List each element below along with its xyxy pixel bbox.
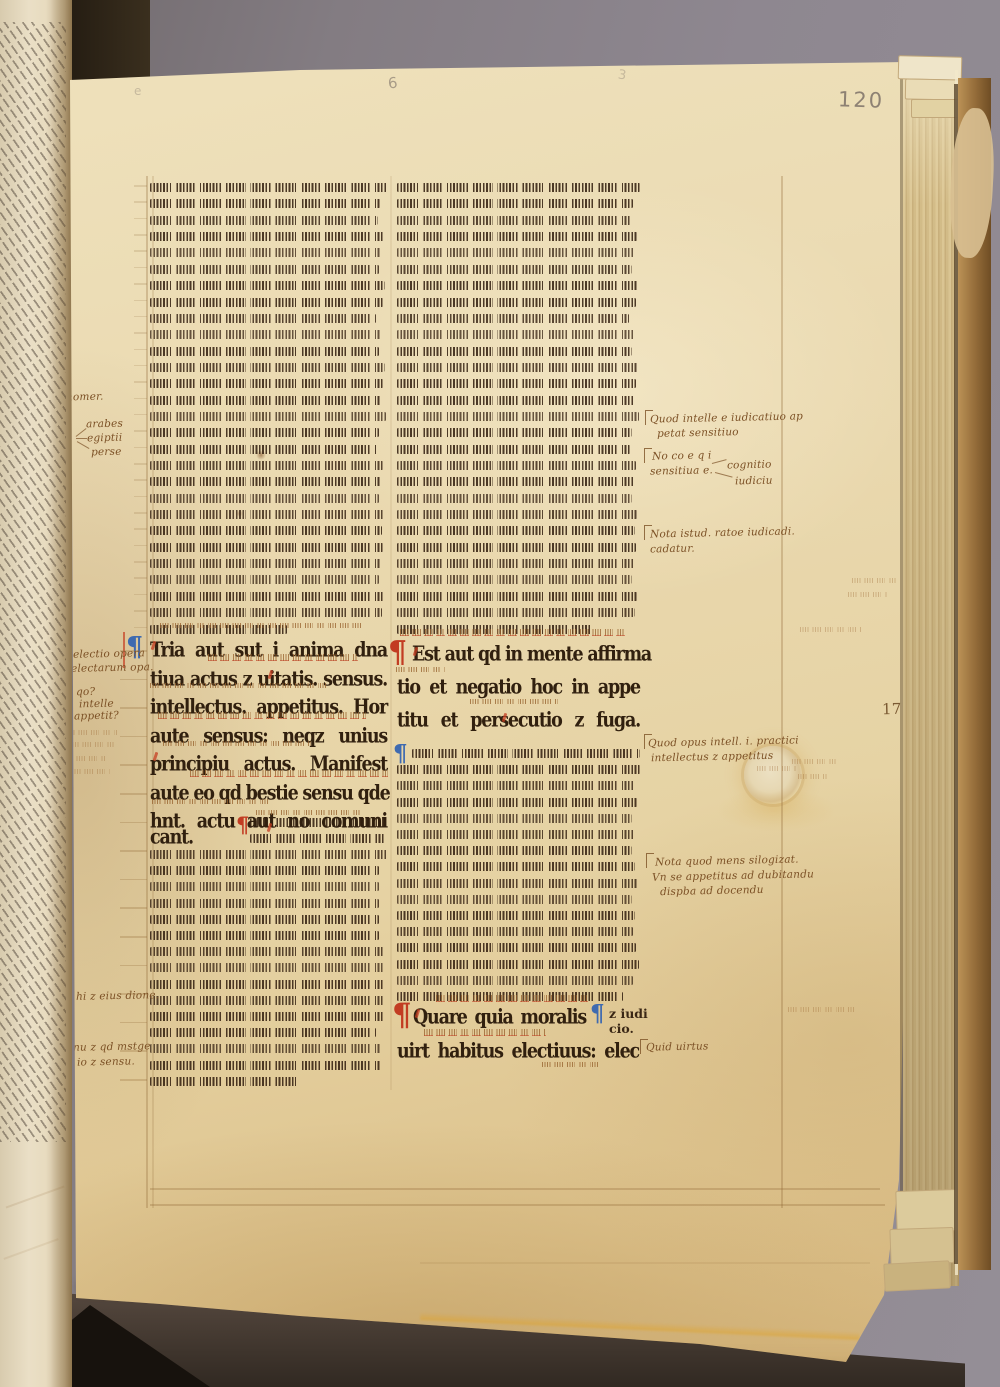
left-column-commentary-bottom (150, 816, 387, 1096)
script-line (397, 330, 634, 339)
script-line (397, 510, 637, 519)
script-line (397, 592, 637, 601)
margin-note: Nota istud. ratoe iudicadi. (650, 525, 795, 540)
ruling-tick (134, 577, 147, 579)
script-line (397, 960, 639, 969)
gloss-scribble (848, 592, 888, 597)
gloss-scribble (792, 759, 838, 764)
lemma-text-line: cant. (150, 824, 242, 852)
margin-note: dispba ad docendu (660, 884, 764, 898)
ruling-tick (134, 479, 147, 481)
margin-note: arabes (86, 418, 123, 431)
ruling-tick (134, 512, 147, 514)
gloss-scribble (400, 629, 628, 636)
script-line (150, 248, 381, 257)
ruling-tick (120, 1050, 147, 1052)
ruling-line (781, 176, 783, 1208)
margin-note: Vn se appetitus ad dubitandu (652, 868, 814, 883)
script-line (150, 330, 381, 339)
script-line (150, 232, 384, 241)
lemma-text-line: tiua actus z uitatis. sensus. (150, 666, 387, 694)
gloss-scribble (72, 769, 110, 774)
ruling-tick (134, 349, 147, 351)
ruling-tick (120, 679, 147, 681)
ruling-tick (120, 907, 147, 909)
script-line (397, 494, 632, 503)
script-line (150, 445, 377, 454)
script-line (150, 1061, 381, 1070)
ruling-tick (134, 430, 147, 432)
script-line (397, 379, 636, 388)
leaf-corner (898, 55, 963, 81)
script-line (150, 882, 379, 891)
gloss-scribble (70, 742, 116, 747)
ruling-tick (134, 414, 147, 416)
script-line (150, 526, 382, 535)
script-line (150, 379, 383, 388)
margin-note: petat sensitiuo (657, 426, 739, 440)
script-line (397, 216, 631, 225)
ruling-tick (134, 201, 147, 203)
script-line (150, 931, 379, 940)
script-line (150, 1044, 381, 1053)
margin-note: No co e q i (652, 449, 712, 462)
fore-edge-stack (903, 58, 959, 1286)
script-line (397, 976, 633, 985)
paraph-icon: ¶ (392, 1000, 412, 1031)
script-line (150, 947, 384, 956)
script-line (150, 866, 379, 875)
script-line (397, 265, 632, 274)
gloss-connector (76, 428, 87, 437)
script-line (150, 963, 384, 972)
lemma-text-line: Quare quia moralis (413, 1004, 586, 1032)
manuscript-page: 120 6 3 e 17 ¶ Tria aut sut i anima dna … (0, 0, 1000, 1387)
paraph-icon: ¶ (236, 814, 249, 835)
lemma-text-line: titu et persecutio z fuga. (397, 707, 640, 735)
script-line (150, 183, 387, 192)
paraph-icon: ¶ (388, 638, 407, 668)
ruling-tick (134, 316, 147, 318)
script-line (397, 943, 636, 952)
script-line (150, 199, 380, 208)
cover-crevice (954, 84, 958, 1264)
script-line (397, 911, 635, 920)
margin-note: intellectus z appetitus (651, 750, 774, 765)
paraph-icon: ¶ (393, 742, 408, 765)
script-line (397, 765, 640, 774)
ruling-tick (120, 822, 147, 824)
ruling-tick (120, 650, 147, 652)
script-line (150, 428, 379, 437)
gloss-scribble (852, 578, 898, 583)
script-line (397, 428, 632, 437)
gloss-scribble (800, 627, 862, 632)
ruling-tick (134, 283, 147, 285)
script-line (397, 347, 632, 356)
gloss-scribble (424, 1029, 546, 1036)
script-line (397, 445, 630, 454)
script-line (150, 1077, 300, 1086)
faint-mark: e (134, 84, 141, 98)
ruling-tick (134, 185, 147, 187)
script-line (150, 396, 381, 405)
script-line (150, 575, 379, 584)
gloss-scribble (208, 654, 358, 661)
lemma-overflow-text: cio. (609, 1021, 634, 1036)
margin-note: cognitio (727, 459, 772, 472)
lemma-overflow-text: z iudi (609, 1006, 648, 1021)
ruling-line (146, 176, 148, 1208)
ruling-tick (120, 793, 147, 795)
script-line (150, 298, 383, 307)
facing-page-curl-shadow (46, 0, 72, 1387)
ruling-tick (120, 879, 147, 881)
script-line (397, 798, 637, 807)
leaf-corner (889, 1227, 954, 1265)
script-line (397, 879, 638, 888)
margin-note: electarum opa. (71, 661, 154, 675)
manuscript-photo: 120 6 3 e 17 ¶ Tria aut sut i anima dna … (0, 0, 1000, 1387)
margin-note: egiptii (87, 432, 123, 445)
ruling-tick (120, 764, 147, 766)
script-line (397, 846, 632, 855)
script-line (397, 559, 634, 568)
ruling-tick (134, 594, 147, 596)
margin-number: 17 (882, 700, 902, 718)
paraph-icon: ¶ (590, 1002, 605, 1025)
script-line (397, 461, 636, 470)
script-line (150, 559, 381, 568)
script-line (150, 1028, 376, 1037)
script-line (150, 510, 384, 519)
ruling-tick (120, 707, 147, 709)
note-bracket (646, 853, 654, 868)
ruling-tick (134, 528, 147, 530)
margin-note: io z sensu. (77, 1055, 135, 1068)
margin-note: hi z eius dione. (76, 989, 160, 1003)
gloss-scribble (757, 766, 797, 771)
margin-note: iudiciu (735, 475, 773, 488)
script-line (397, 575, 632, 584)
gloss-scribble (190, 770, 388, 777)
ruling-line (420, 1262, 870, 1264)
ruling-tick (120, 1079, 147, 1081)
script-line (397, 862, 635, 871)
script-line (397, 608, 635, 617)
script-line (397, 199, 633, 208)
ruling-tick (134, 627, 147, 629)
ruling-tick (120, 936, 147, 938)
script-line (397, 412, 639, 421)
script-line (397, 895, 632, 904)
script-line (150, 980, 384, 989)
script-line (150, 265, 379, 274)
ruling-tick (134, 381, 147, 383)
gloss-scribble (470, 699, 558, 704)
script-line (397, 927, 633, 936)
gloss-connector (76, 438, 87, 439)
lemma-text-line: uirt habitus electiuus: elec (397, 1038, 639, 1066)
script-line (397, 543, 636, 552)
script-line (397, 814, 632, 823)
gloss-scribble (163, 741, 311, 746)
faint-mark: 3 (617, 67, 627, 83)
script-line (397, 830, 634, 839)
script-line (397, 183, 640, 192)
script-line (397, 298, 636, 307)
lemma-text-line: aute sensus: neqz unius (150, 723, 387, 751)
ruling-tick (134, 447, 147, 449)
margin-note: appetit? (74, 710, 119, 723)
script-line (150, 363, 385, 372)
ruling-tick (134, 545, 147, 547)
gloss-scribble (150, 683, 330, 688)
script-line (397, 363, 638, 372)
ruling-tick (134, 234, 147, 236)
script-line (397, 477, 634, 486)
gloss-scribble (256, 810, 364, 815)
ruling-tick (120, 1022, 147, 1024)
ruling-tick (134, 267, 147, 269)
script-line (397, 232, 637, 241)
ruling-line (150, 1204, 885, 1206)
script-line (397, 781, 634, 790)
gloss-scribble (158, 712, 366, 719)
script-line (150, 494, 379, 503)
ruling-tick (134, 561, 147, 563)
gloss-scribble (436, 995, 588, 1002)
script-line (150, 216, 378, 225)
lemma-text-line: tio et negatio hoc in appe (397, 674, 640, 702)
ruling-tick (134, 300, 147, 302)
facing-page-edge (0, 0, 72, 1387)
ruling-line (390, 176, 392, 1090)
ruling-tick (134, 365, 147, 367)
script-line (397, 526, 635, 535)
margin-note: Quid uirtus (646, 1040, 709, 1053)
gloss-scribble (396, 667, 446, 672)
margin-note: Nota quod mens silogizat. (655, 853, 799, 868)
script-line (150, 915, 379, 924)
margin-note: sensitiua e. (650, 464, 713, 477)
ruling-tick (134, 332, 147, 334)
gloss-scribble (788, 1007, 854, 1012)
script-line (150, 461, 383, 470)
ruling-tick (134, 463, 147, 465)
script-line (150, 412, 386, 421)
script-line (150, 1012, 384, 1021)
gloss-scribble (66, 730, 118, 735)
gloss-scribble (542, 1062, 600, 1067)
margin-note: qo? (76, 686, 96, 698)
script-line (150, 899, 379, 908)
gloss-connector (712, 459, 727, 464)
script-line (150, 996, 384, 1005)
script-line (397, 396, 634, 405)
left-column-commentary-top (150, 183, 387, 643)
ruling-tick (120, 965, 147, 967)
ruling-line (150, 1188, 880, 1190)
margin-note: perse (91, 446, 122, 459)
gloss-scribble (160, 623, 365, 628)
script-line (397, 248, 634, 257)
leaf-corner (883, 1260, 950, 1291)
script-line (150, 592, 384, 601)
gloss-scribble (152, 799, 270, 804)
gloss-scribble (798, 774, 828, 779)
folio-number: 120 (838, 87, 885, 113)
margin-note: intelle (79, 698, 114, 711)
script-line (397, 314, 629, 323)
script-line (397, 281, 638, 290)
ruling-tick (120, 850, 147, 852)
gloss-connector (715, 472, 733, 478)
ruling-tick (120, 736, 147, 738)
parchment-stain (716, 788, 836, 832)
script-line (150, 314, 376, 323)
ruling-tick (134, 218, 147, 220)
lemma-text-line: Est aut qd in mente affirma (412, 641, 638, 669)
right-column-commentary-mid (397, 747, 640, 1009)
right-column-commentary-top (397, 183, 640, 643)
script-line (150, 347, 379, 356)
script-line (412, 749, 640, 758)
script-line (150, 477, 381, 486)
note-bracket (644, 448, 652, 463)
margin-note: cadatur. (650, 543, 695, 556)
script-line (150, 281, 385, 290)
ruling-tick (134, 398, 147, 400)
ruling-tick (134, 496, 147, 498)
script-line (150, 543, 383, 552)
ruling-tick (134, 250, 147, 252)
quire-mark: 6 (387, 74, 398, 93)
ruling-tick (120, 993, 147, 995)
script-line (150, 608, 382, 617)
ruling-tick (134, 610, 147, 612)
